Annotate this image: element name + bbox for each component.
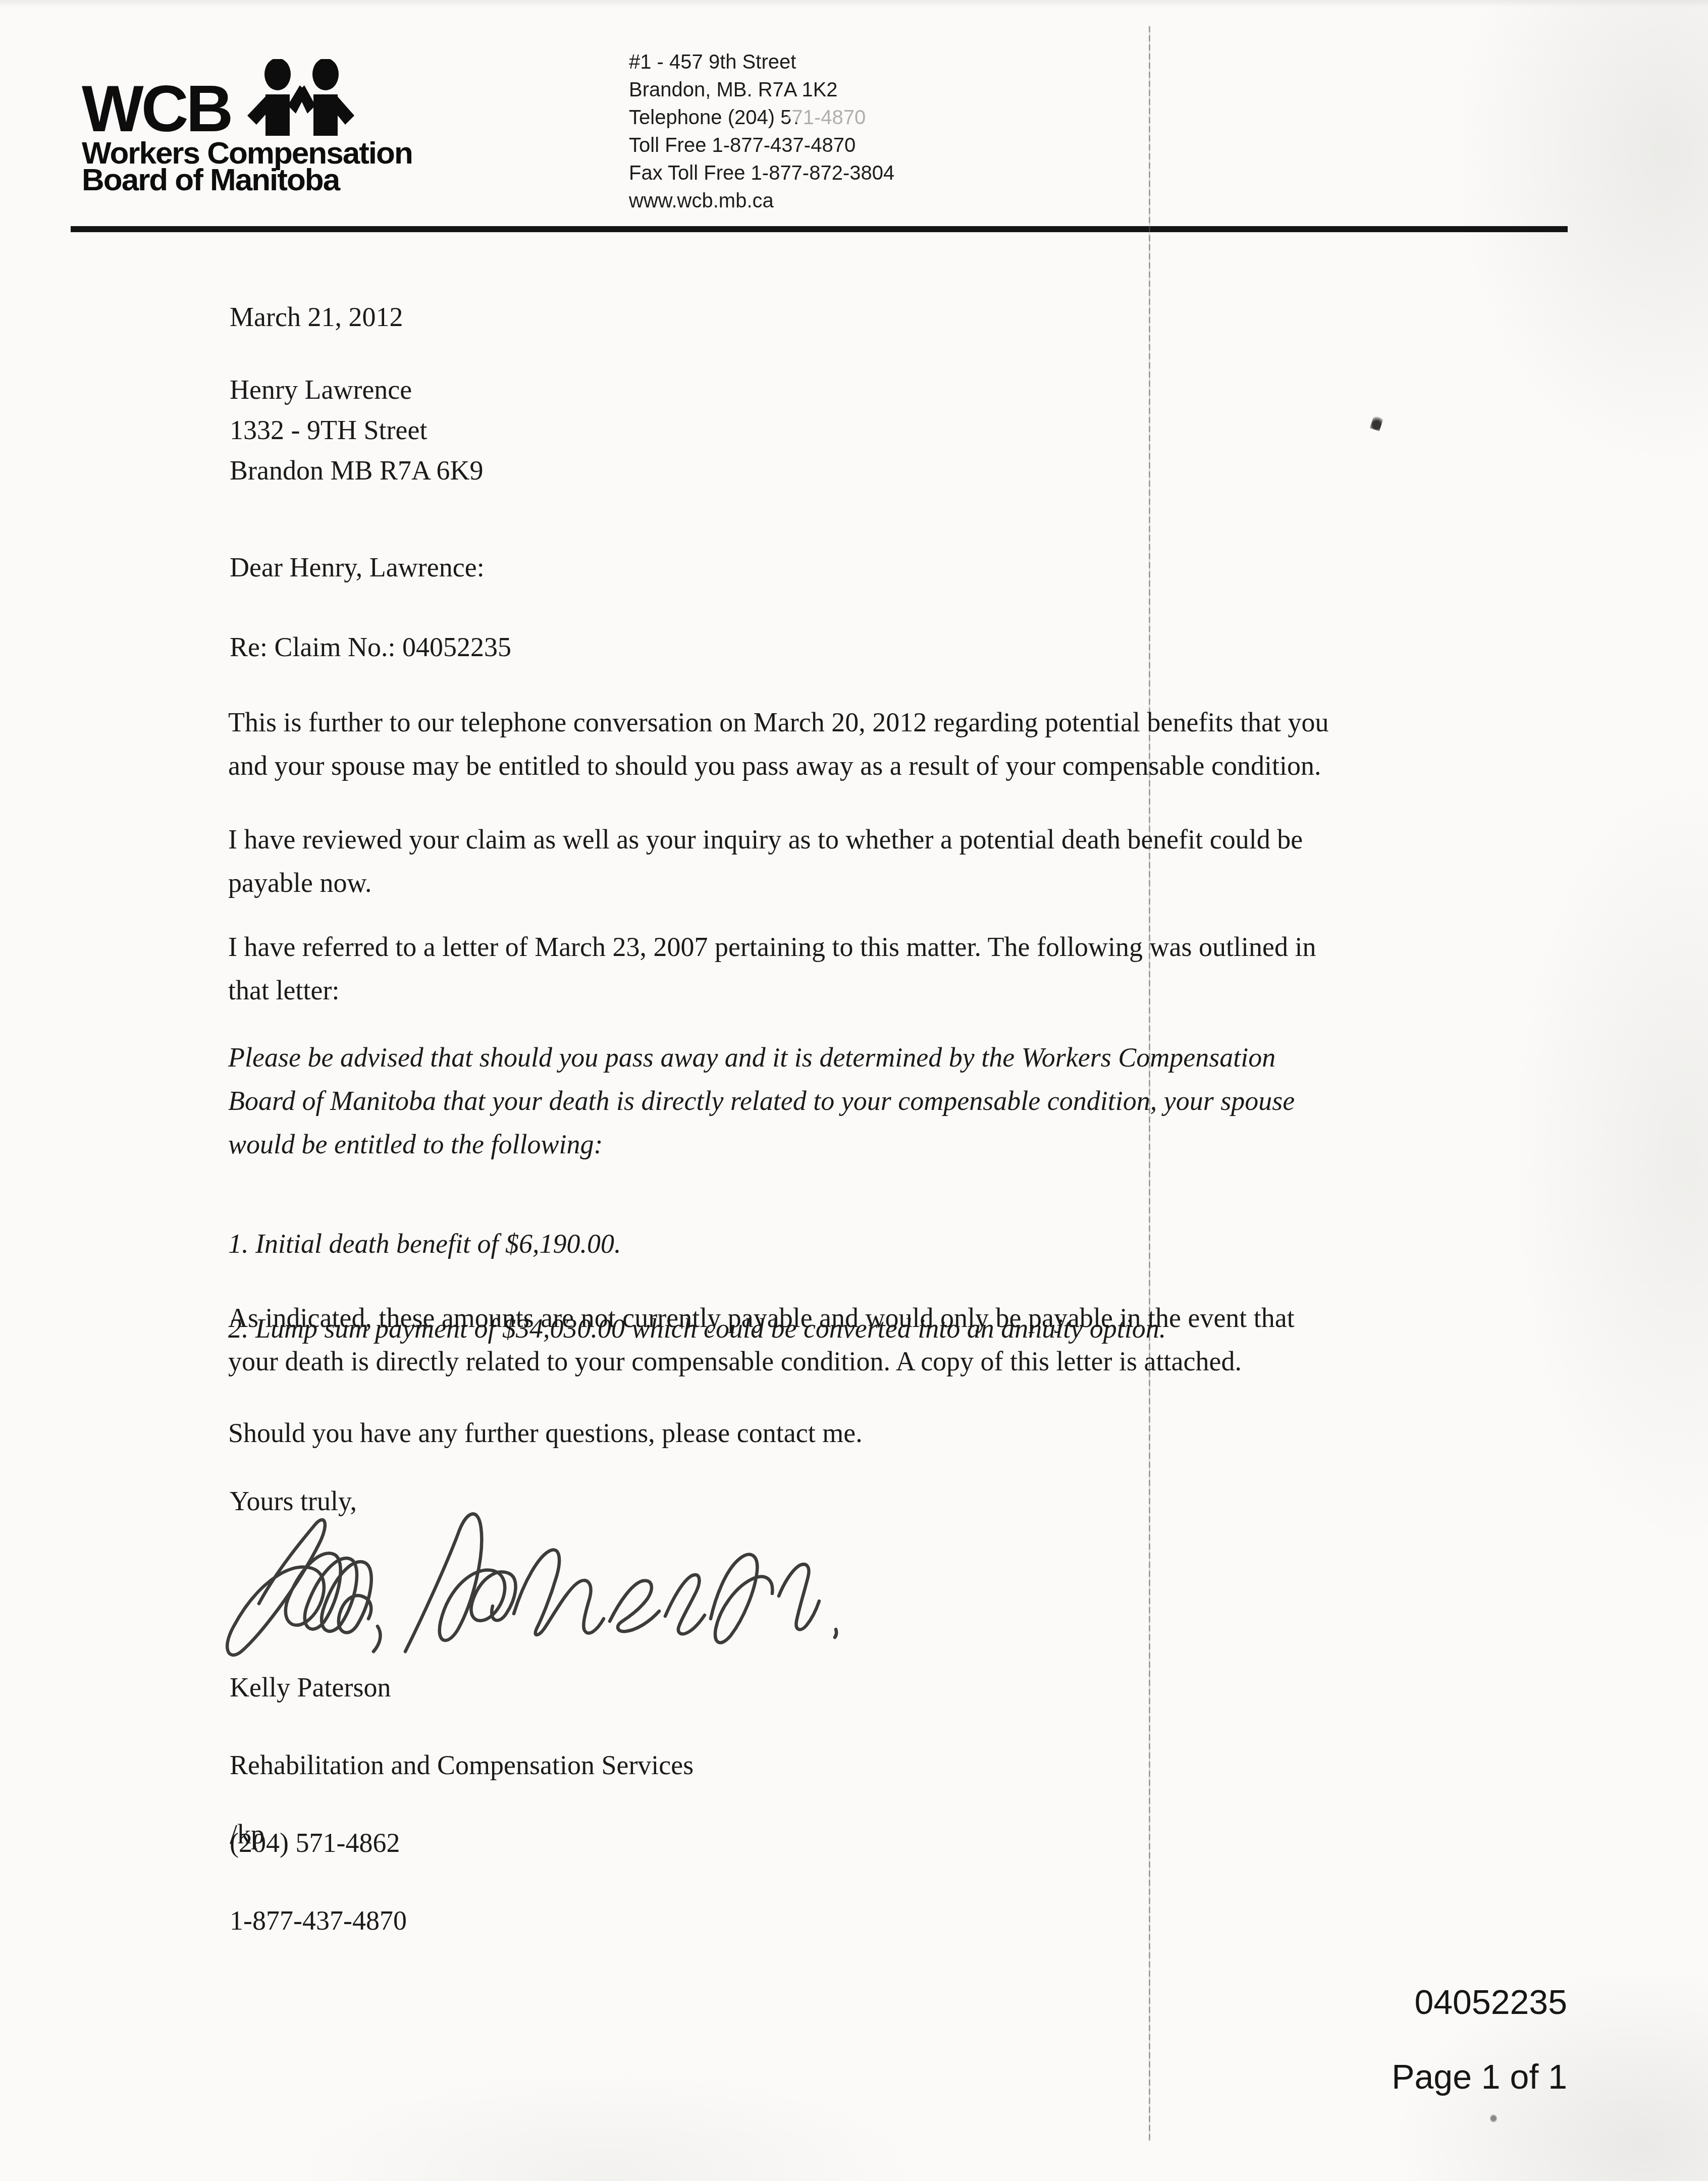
paragraph-2: I have reviewed your claim as well as yo… <box>228 818 1616 905</box>
footer-claim-number: 04052235 <box>1392 1984 1567 2021</box>
org-name: Workers Compensation Board of Manitoba <box>82 140 412 193</box>
contact-website: www.wcb.mb.ca <box>629 187 894 215</box>
signer-phone: (204) 571-4862 <box>230 1824 693 1863</box>
contact-address-line1: #1 - 457 9th Street <box>629 48 894 76</box>
benefit-list-item-1: 1. Initial death benefit of $6,190.00. <box>228 1222 1616 1265</box>
letterhead-rule <box>71 226 1568 232</box>
contact-fax: Fax Toll Free 1-877-872-3804 <box>629 159 894 187</box>
wcb-logo-acronym: WCB <box>82 76 231 141</box>
page-footer: 04052235 Page 1 of 1 <box>1392 1946 1567 2133</box>
salutation: Dear Henry, Lawrence: <box>230 549 485 586</box>
typist-initials: /kp <box>230 1816 264 1852</box>
signer-block: Kelly Paterson Rehabilitation and Compen… <box>230 1629 693 1979</box>
scan-smudge <box>787 102 893 128</box>
wcb-logo: WCB Workers Compensation Board of Manito… <box>82 59 536 210</box>
contact-toll-free: Toll Free 1-877-437-4870 <box>629 132 894 159</box>
signer-title: Rehabilitation and Compensation Services <box>230 1746 693 1785</box>
contact-address-line2: Brandon, MB. R7A 1K2 <box>629 76 894 104</box>
quoted-paragraph: Please be advised that should you pass a… <box>228 1036 1616 1166</box>
ink-speck <box>1370 414 1384 432</box>
scanned-letter-page: WCB Workers Compensation Board of Manito… <box>0 0 1708 2181</box>
paragraph-4: As indicated, these amounts are not curr… <box>228 1296 1616 1383</box>
re-line: Re: Claim No.: 04052235 <box>230 629 511 665</box>
recipient-address: Henry Lawrence 1332 - 9TH Street Brandon… <box>230 369 484 491</box>
paragraph-5: Should you have any further questions, p… <box>228 1411 1616 1455</box>
two-workers-icon <box>243 59 354 137</box>
signer-toll-free: 1-877-437-4870 <box>230 1901 693 1940</box>
signer-name: Kelly Paterson <box>230 1668 693 1707</box>
letter-date: March 21, 2012 <box>230 299 403 335</box>
paragraph-1: This is further to our telephone convers… <box>228 701 1616 787</box>
letterhead-contact: #1 - 457 9th Street Brandon, MB. R7A 1K2… <box>629 48 894 215</box>
paragraph-3: I have referred to a letter of March 23,… <box>228 925 1616 1012</box>
footer-page-indicator: Page 1 of 1 <box>1392 2058 1567 2096</box>
